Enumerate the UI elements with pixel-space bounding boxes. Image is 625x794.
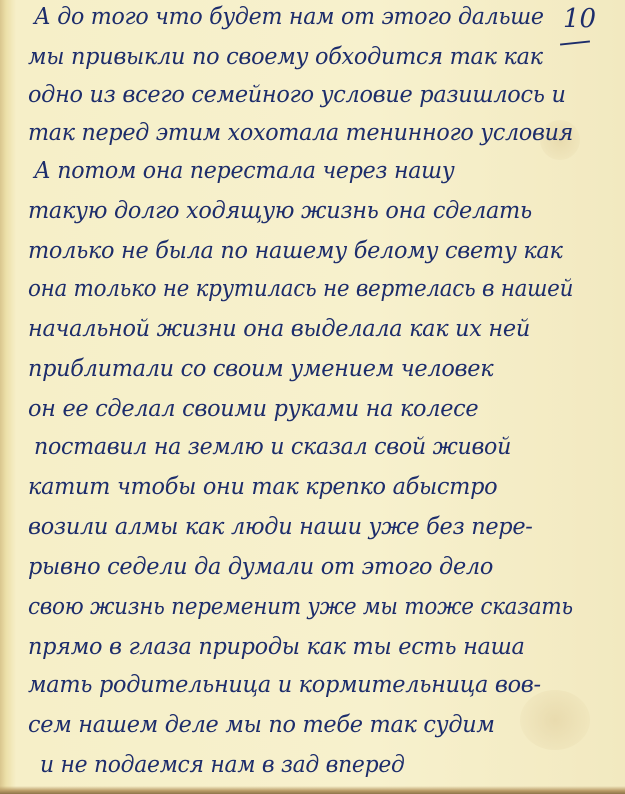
text-line: мать родительница и кормительница вов- <box>28 672 573 698</box>
text-line: рывно седели да думали от этого дело <box>28 554 573 580</box>
text-line: возили алмы как люди наши уже без пере- <box>28 514 573 540</box>
text-line: только не была по нашему белому свету ка… <box>28 238 573 264</box>
text-line: А потом она перестала через нашу <box>34 158 573 184</box>
text-line: катит чтобы они так крепко абыстро <box>28 474 573 500</box>
text-line: поставил на землю и сказал свой живой <box>34 434 573 460</box>
text-line: она только не крутилась не вертелась в н… <box>28 276 551 302</box>
text-line: сем нашем деле мы по тебе так судим <box>28 712 573 738</box>
text-line: приблитали со своим умением человек <box>28 356 573 382</box>
text-line: он ее сделал своими руками на колесе <box>28 396 573 422</box>
text-line: одно из всего семейного условие разишлос… <box>28 82 573 108</box>
text-line: начальной жизни она выделала как их ней <box>28 316 573 342</box>
text-line: А до того что будет нам от этого дальше <box>34 4 573 30</box>
text-line: и не подаемся нам в зад вперед <box>40 752 573 778</box>
text-line: свою жизнь переменит уже мы тоже сказать <box>28 594 552 620</box>
text-line: такую долго ходящую жизнь она сделать <box>28 198 573 224</box>
text-line: прямо в глаза природы как ты есть наша <box>28 634 573 660</box>
notebook-page: 10 А до того что будет нам от этого даль… <box>0 0 625 794</box>
text-line: мы привыкли по своему обходится так как <box>28 44 573 70</box>
text-line: так перед этим хохотала тенинного услови… <box>28 120 569 146</box>
